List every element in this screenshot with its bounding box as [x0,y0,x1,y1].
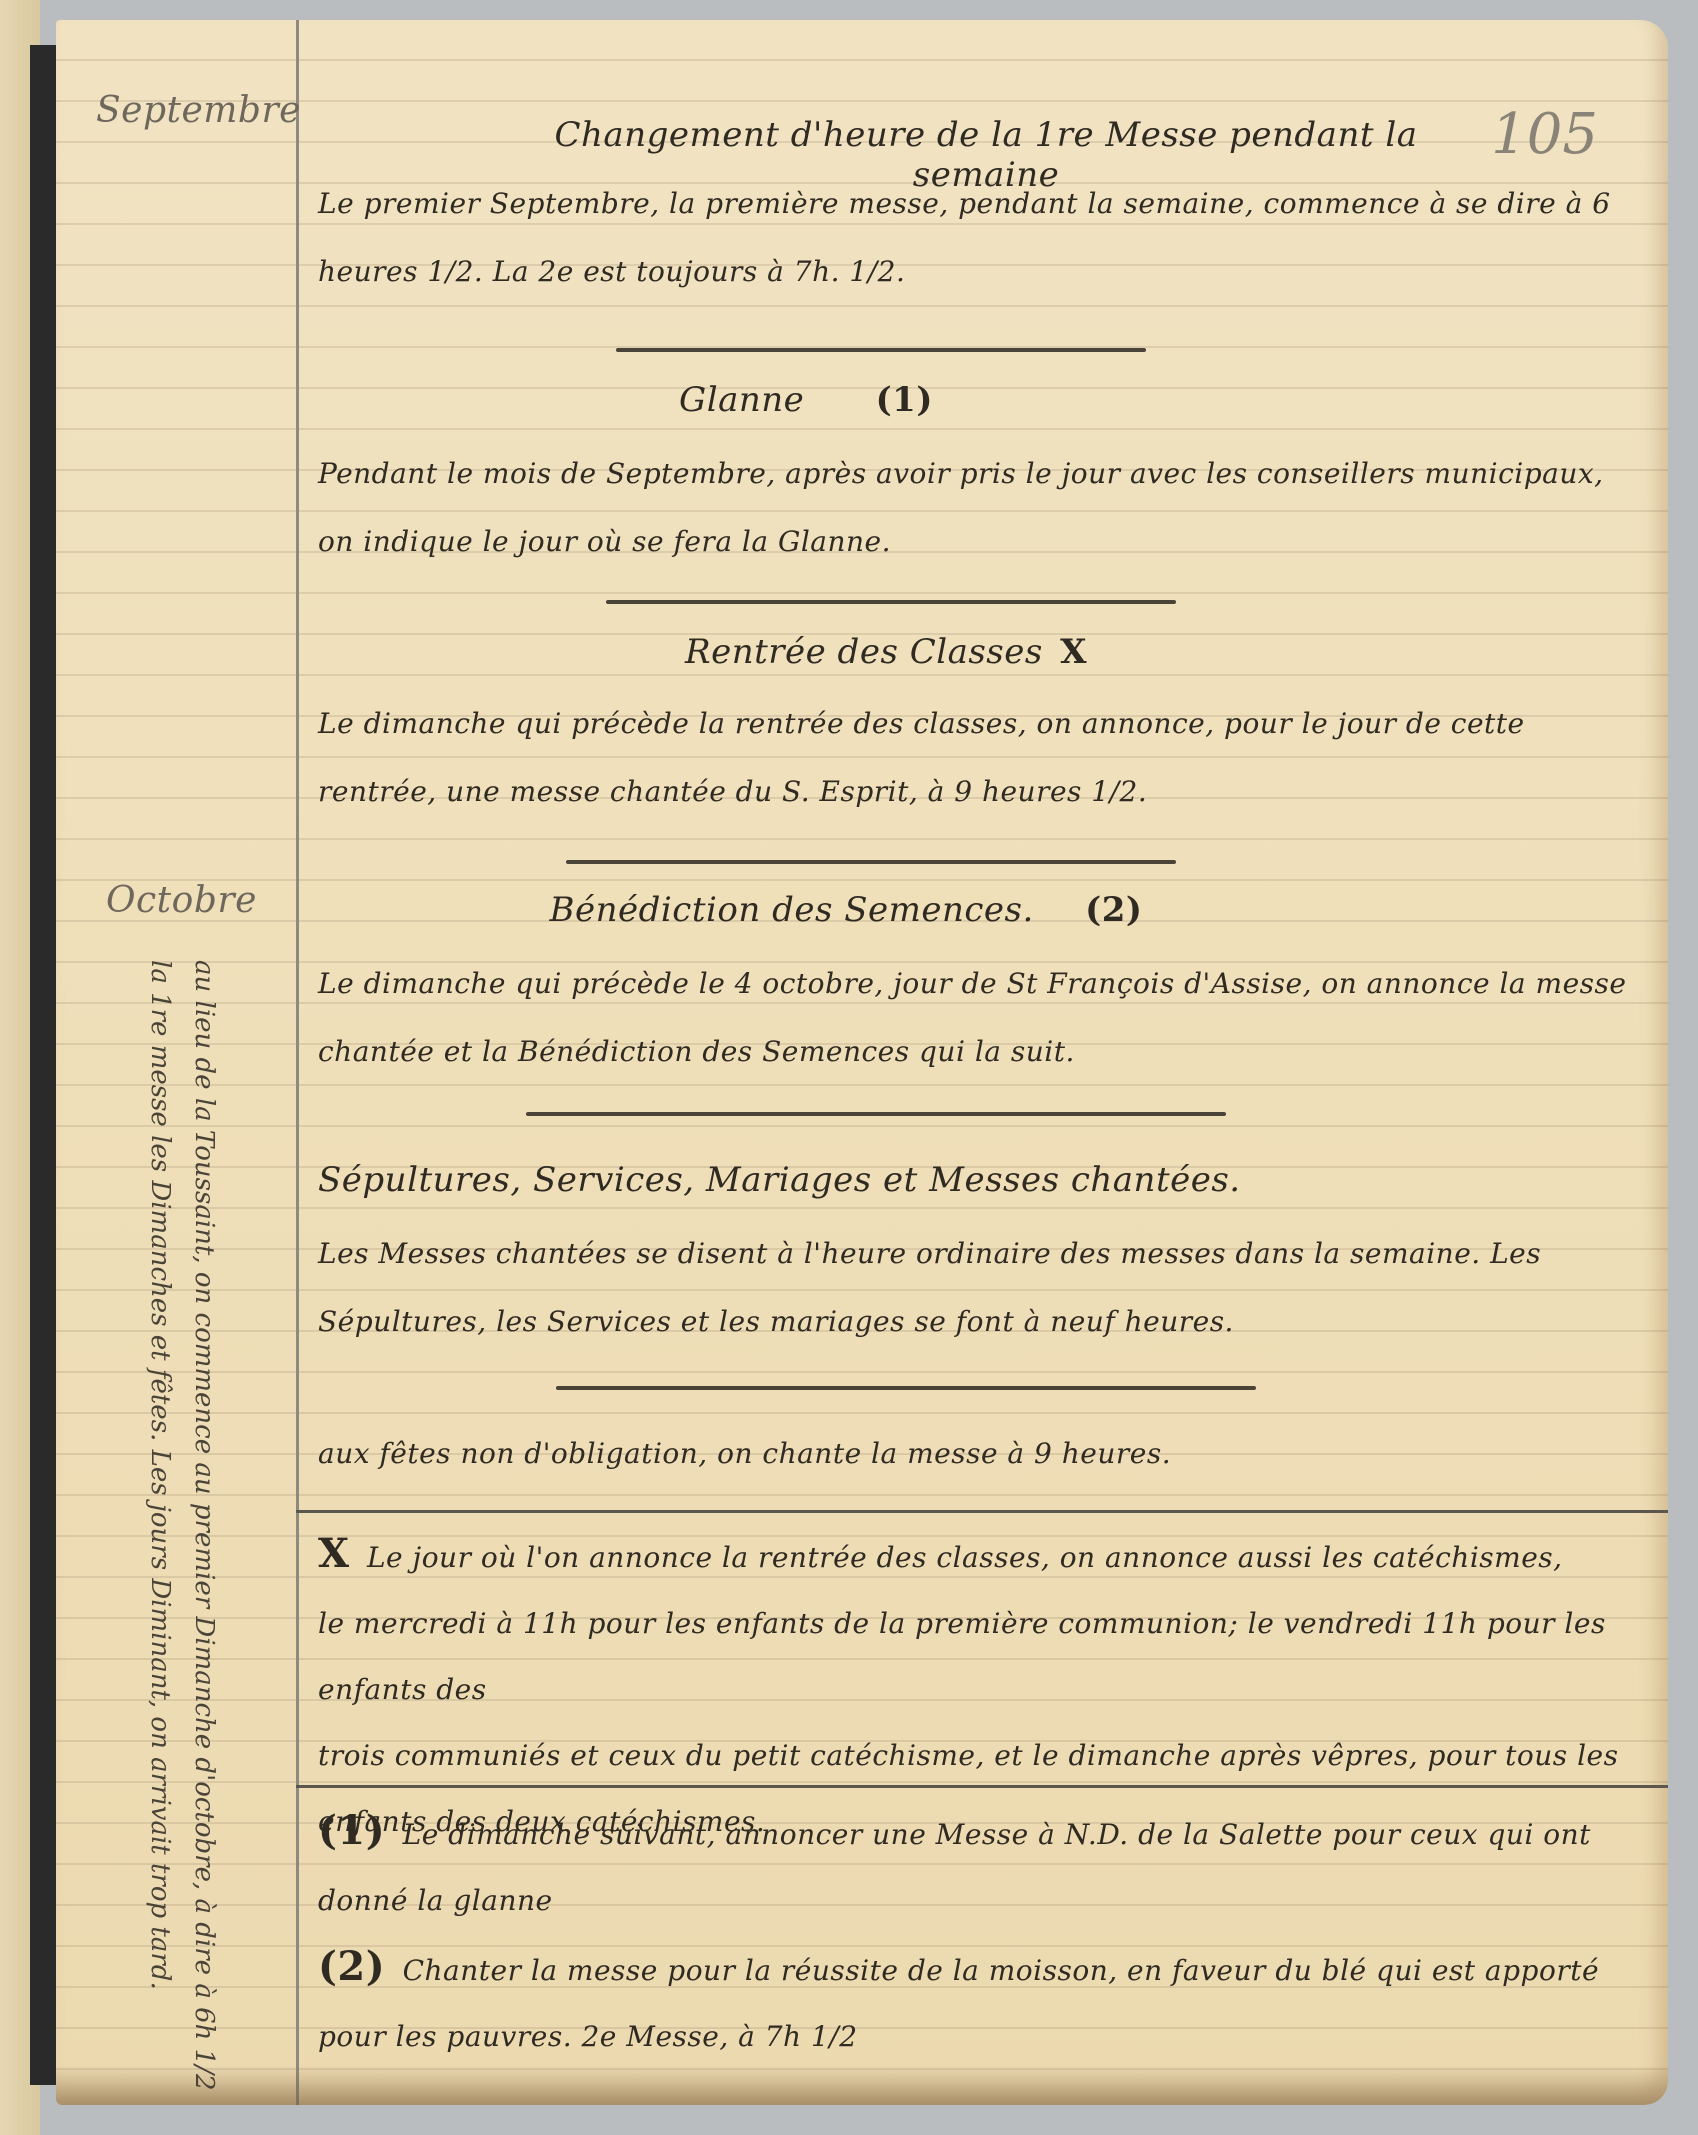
section-body-glanne: Pendant le mois de Septembre, après avoi… [318,440,1638,576]
divider [606,600,1176,604]
divider [566,860,1176,864]
section-body-burials: Les Messes chantées se disent à l'heure … [318,1220,1638,1356]
footnote-2: (2) Chanter la messe pour la réussite de… [318,1934,1648,2070]
margin-vertical-note: au lieu de la Toussaint, on commence au … [138,960,226,2110]
footnote-ref: (1) [876,380,933,420]
footnote-1: (1) Le dimanche suivant, annoncer une Me… [318,1798,1648,1934]
divider [556,1386,1256,1390]
section-heading-burials: Sépultures, Services, Mariages et Messes… [318,1160,1418,1200]
note-x-line: Le jour où l'on annonce la rentrée des c… [367,1541,1563,1574]
divider [616,348,1146,352]
divider [526,1112,1226,1116]
footnotes-box: (1) Le dimanche suivant, annoncer une Me… [296,1785,1668,2088]
note-x-marker: X [318,1530,350,1577]
section-body-feasts: aux fêtes non d'obligation, on chante la… [318,1420,1638,1488]
note-x-ref: X [1060,632,1087,672]
margin-month-october: Octobre [106,880,257,921]
section-body-blessing-seeds: Le dimanche qui précède le 4 octobre, jo… [318,950,1638,1086]
footnote-ref: (2) [1085,890,1142,930]
section-heading-blessing-seeds: Bénédiction des Semences. (2) [496,890,1196,930]
section-body-mass-time: Le premier Septembre, la première messe,… [318,170,1638,306]
page-number: 105 [1491,102,1598,167]
note-x-line: le mercredi à 11h pour les enfants de la… [318,1607,1606,1706]
section-heading-glanne: Glanne (1) [556,380,1056,420]
register-page: Septembre Octobre au lieu de la Toussain… [56,20,1668,2105]
section-heading-school-return: Rentrée des Classes X [586,632,1186,672]
page-stain [56,2065,1668,2105]
note-x-box: X Le jour où l'on annonce la rentrée des… [296,1510,1668,1783]
margin-month-september: Septembre [96,90,301,131]
section-body-school-return: Le dimanche qui précède la rentrée des c… [318,690,1638,826]
